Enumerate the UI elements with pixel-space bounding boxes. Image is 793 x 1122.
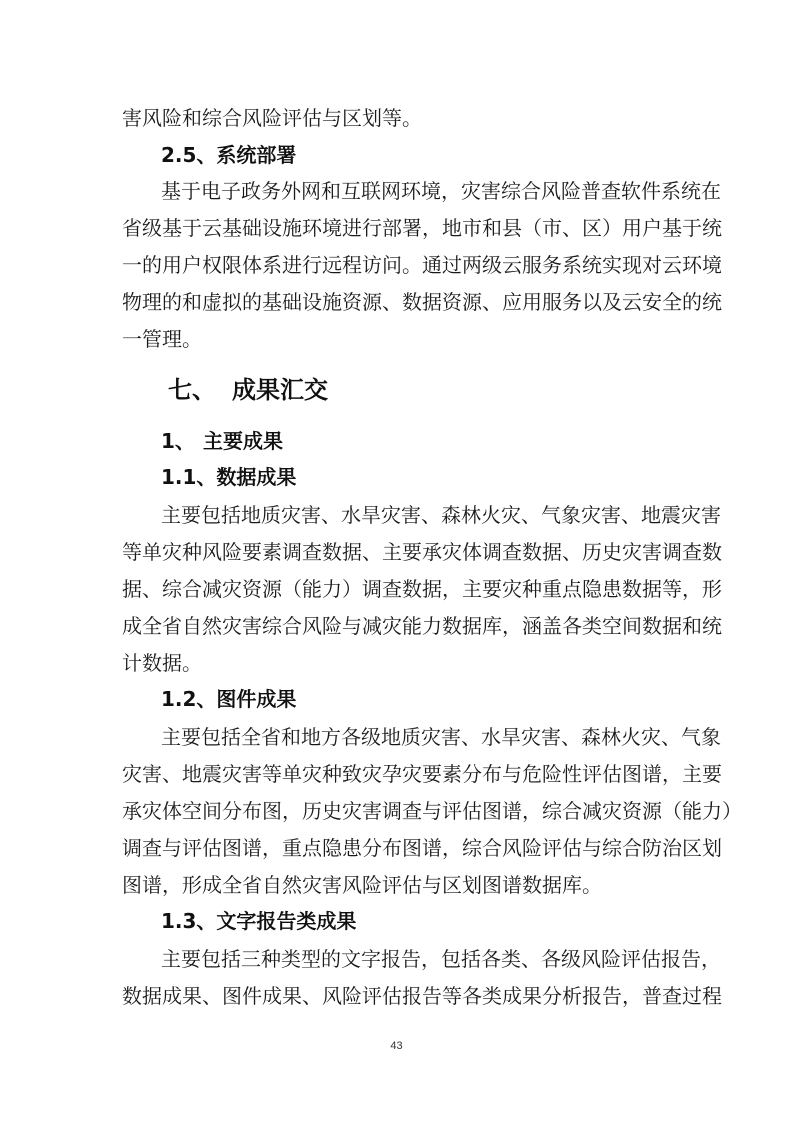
paragraph-line: 基于电子政务外网和互联网环境，灾害综合风险普查软件系统在: [161, 178, 674, 204]
paragraph-line: 图谱，形成全省自然灾害风险评估与区划图谱数据库。: [122, 872, 674, 898]
paragraph-line: 主要包括三种类型的文字报告，包括各类、各级风险评估报告，: [161, 946, 674, 972]
chapter-number: 七、: [168, 375, 232, 405]
paragraph-line: 一管理。: [122, 326, 674, 352]
paragraph-line: 灾害、地震灾害等单灾种致灾孕灾要素分布与危险性评估图谱，主要: [122, 761, 674, 787]
section-heading-1-2: 1.2、图件成果: [161, 686, 296, 712]
section-heading-2-5: 2.5、系统部署: [161, 142, 296, 168]
page-number: 43: [0, 1040, 793, 1052]
paragraph-line: 省级基于云基础设施环境进行部署，地市和县（市、区）用户基于统: [122, 215, 674, 241]
section-title: 主要成果: [203, 429, 283, 453]
section-heading-1: 1、主要成果: [161, 428, 283, 454]
paragraph-line: 承灾体空间分布图，历史灾害调查与评估图谱，综合减灾资源（能力）: [122, 798, 674, 824]
paragraph-line: 害风险和综合风险评估与区划等。: [122, 105, 674, 131]
section-heading-1-1: 1.1、数据成果: [161, 464, 296, 490]
paragraph-line: 成全省自然灾害综合风险与减灾能力数据库，涵盖各类空间数据和统: [122, 613, 674, 639]
paragraph-line: 计数据。: [122, 650, 674, 676]
paragraph-line: 数据成果、图件成果、风险评估报告等各类成果分析报告，普查过程: [122, 983, 674, 1009]
document-page: 害风险和综合风险评估与区划等。 2.5、系统部署 基于电子政务外网和互联网环境，…: [0, 0, 793, 1122]
paragraph-line: 据、综合减灾资源（能力）调查数据，主要灾种重点隐患数据等，形: [122, 576, 674, 602]
paragraph-line: 等单灾种风险要素调查数据、主要承灾体调查数据、历史灾害调查数: [122, 539, 674, 565]
section-number: 1、: [161, 428, 203, 454]
paragraph-line: 主要包括全省和地方各级地质灾害、水旱灾害、森林火灾、气象: [161, 724, 674, 750]
paragraph-line: 主要包括地质灾害、水旱灾害、森林火灾、气象灾害、地震灾害: [161, 502, 674, 528]
chapter-heading: 七、成果汇交: [168, 375, 328, 405]
paragraph-line: 物理的和虚拟的基础设施资源、数据资源、应用服务以及云安全的统: [122, 289, 674, 315]
chapter-title: 成果汇交: [232, 376, 328, 404]
paragraph-line: 一的用户权限体系进行远程访问。通过两级云服务系统实现对云环境: [122, 252, 674, 278]
section-heading-1-3: 1.3、文字报告类成果: [161, 908, 356, 934]
paragraph-line: 调查与评估图谱，重点隐患分布图谱，综合风险评估与综合防治区划: [122, 835, 674, 861]
